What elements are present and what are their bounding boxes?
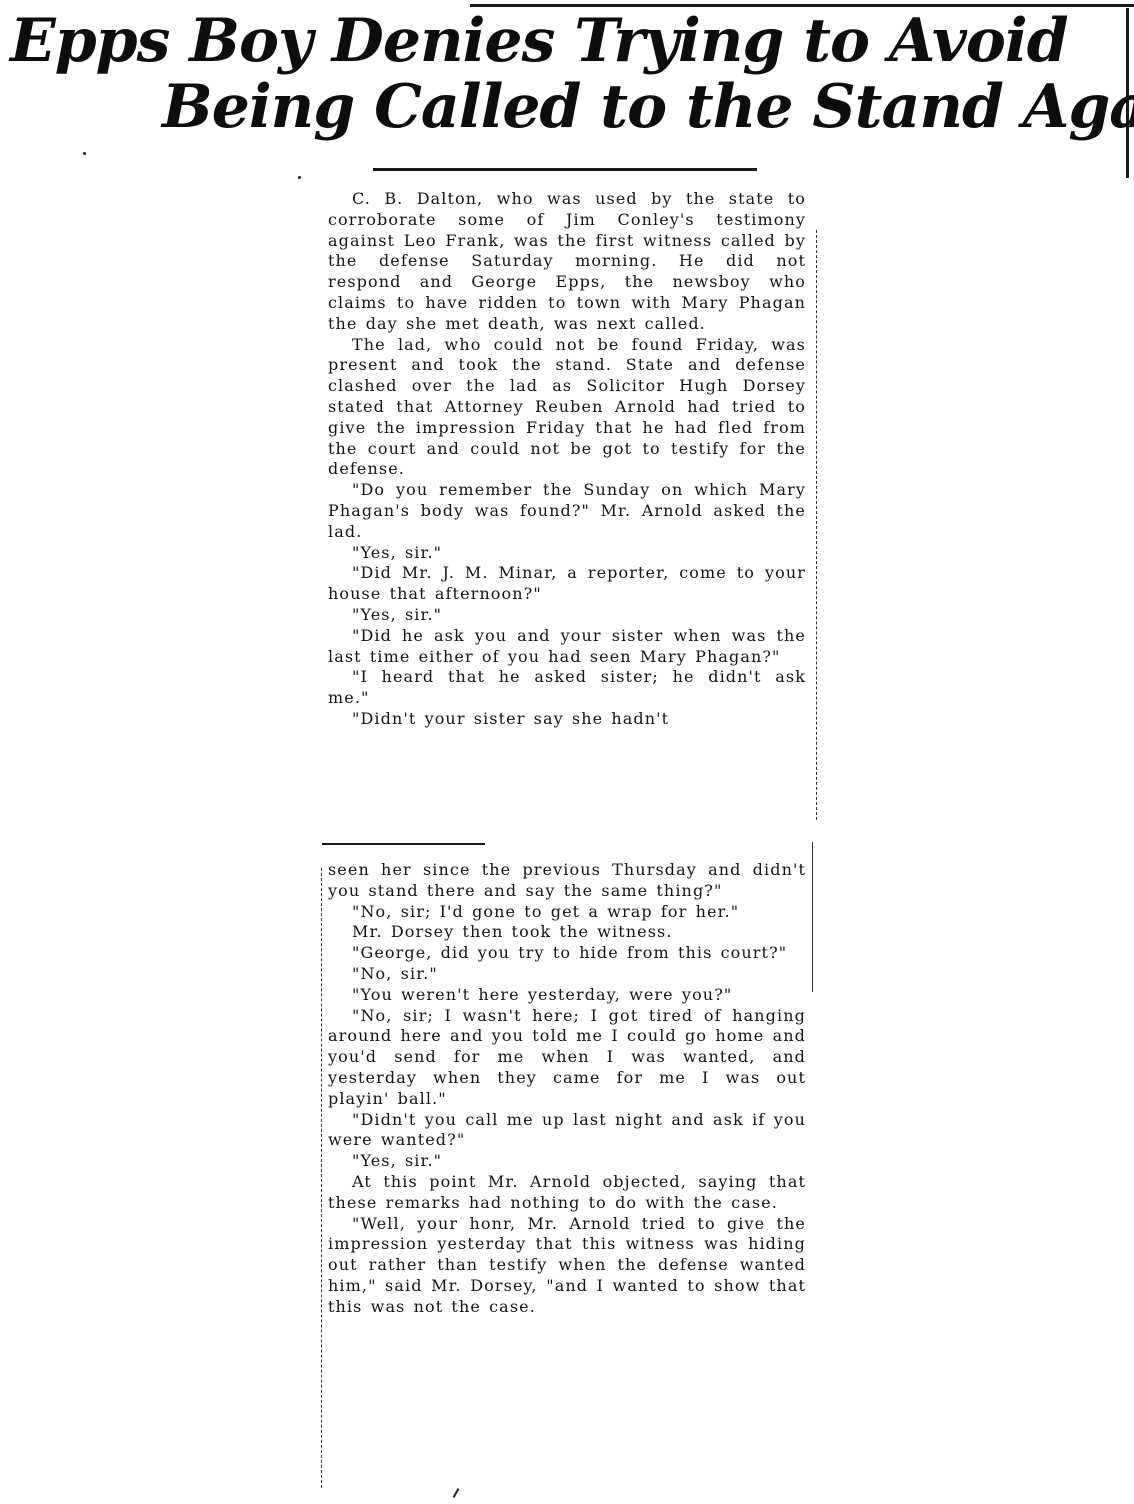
article-paragraph: "Yes, sir." — [328, 543, 806, 564]
article-paragraph: "Yes, sir." — [328, 1151, 806, 1172]
article-paragraph: "No, sir; I'd gone to get a wrap for her… — [328, 902, 806, 923]
article-paragraph: At this point Mr. Arnold objected, sayin… — [328, 1172, 806, 1214]
column-2-right-edge — [812, 842, 814, 992]
article-paragraph: Mr. Dorsey then took the witness. — [328, 922, 806, 943]
article-paragraph: seen her since the previous Thursday and… — [328, 860, 806, 902]
article-column-1: C. B. Dalton, who was used by the state … — [328, 189, 806, 829]
scan-speck — [453, 1488, 460, 1498]
scan-speck — [298, 176, 301, 179]
article-paragraph: "Didn't you call me up last night and as… — [328, 1110, 806, 1152]
article-paragraph: The lad, who could not be found Friday, … — [328, 335, 806, 481]
article-paragraph: "Didn't your sister say she hadn't — [328, 709, 806, 730]
article-paragraph: "Did Mr. J. M. Minar, a reporter, come t… — [328, 563, 806, 605]
article-paragraph: "George, did you try to hide from this c… — [328, 943, 806, 964]
column-2-left-edge — [321, 868, 323, 1488]
column-break-rule — [322, 843, 485, 845]
article-paragraph: "No, sir; I wasn't here; I got tired of … — [328, 1006, 806, 1110]
headline-divider — [373, 168, 757, 171]
article-paragraph: "I heard that he asked sister; he didn't… — [328, 667, 806, 709]
article-paragraph: "Well, your honr, Mr. Arnold tried to gi… — [328, 1214, 806, 1318]
headline-line-2: Being Called to the Stand Again — [0, 74, 1134, 140]
article-paragraph: C. B. Dalton, who was used by the state … — [328, 189, 806, 335]
scan-speck — [83, 152, 86, 155]
article-paragraph: "Did he ask you and your sister when was… — [328, 626, 806, 668]
article-paragraph: "You weren't here yesterday, were you?" — [328, 985, 806, 1006]
column-1-edge — [816, 230, 818, 820]
article-column-2: seen her since the previous Thursday and… — [328, 860, 806, 1488]
headline-line-1: Epps Boy Denies Trying to Avoid — [0, 8, 1134, 74]
headline: Epps Boy Denies Trying to Avoid Being Ca… — [0, 8, 1134, 140]
article-paragraph: "No, sir." — [328, 964, 806, 985]
article-paragraph: "Yes, sir." — [328, 605, 806, 626]
article-paragraph: "Do you remember the Sunday on which Mar… — [328, 480, 806, 542]
